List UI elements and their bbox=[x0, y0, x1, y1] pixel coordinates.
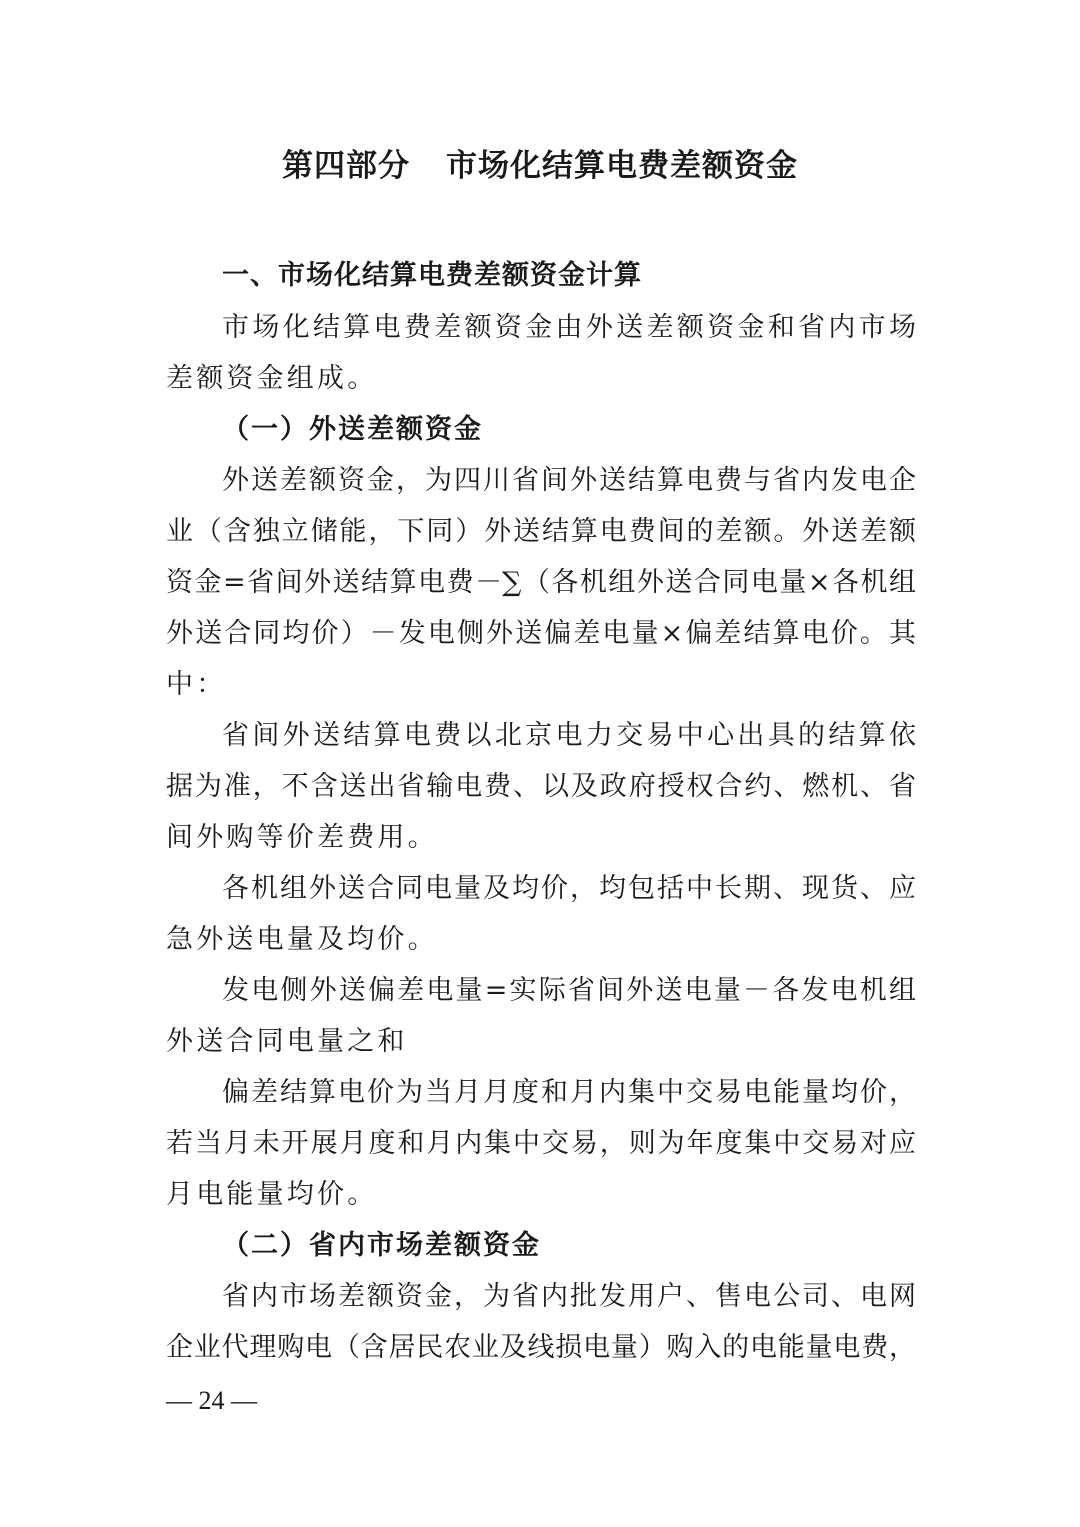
subsection-heading-provincial: （二）省内市场差额资金 bbox=[222, 1228, 916, 1264]
part-title-text: 市场化结算电费差额资金 bbox=[446, 148, 798, 184]
export-def-line-4: 外送合同均价）－发电侧外送偏差电量×偏差结算电价。其 bbox=[166, 616, 916, 652]
part-label: 第四部分 bbox=[282, 148, 410, 184]
deviation-price-line-2: 若当月未开展月度和月内集中交易，则为年度集中交易对应 bbox=[166, 1126, 916, 1162]
interprovincial-line-3: 间外购等价差费用。 bbox=[166, 820, 916, 856]
contract-line-1: 各机组外送合同电量及均价，均包括中长期、现货、应 bbox=[222, 871, 916, 907]
export-def-line-5: 中： bbox=[166, 667, 916, 703]
page-number: — 24 — bbox=[166, 1383, 257, 1419]
intro-line-2: 差额资金组成。 bbox=[166, 361, 916, 397]
deviation-qty-line-2: 外送合同电量之和 bbox=[166, 1024, 916, 1060]
part-title: 第四部分市场化结算电费差额资金 bbox=[0, 140, 1080, 185]
subsection-heading-export: （一）外送差额资金 bbox=[222, 412, 916, 448]
section-heading: 一、市场化结算电费差额资金计算 bbox=[222, 258, 916, 294]
export-def-line-1: 外送差额资金，为四川省间外送结算电费与省内发电企 bbox=[222, 463, 916, 499]
interprovincial-line-2: 据为准，不含送出省输电费、以及政府授权合约、燃机、省 bbox=[166, 769, 916, 805]
deviation-price-line-3: 月电能量均价。 bbox=[166, 1177, 916, 1213]
export-def-line-2: 业（含独立储能，下同）外送结算电费间的差额。外送差额 bbox=[166, 514, 916, 550]
provincial-def-line-1: 省内市场差额资金，为省内批发用户、售电公司、电网 bbox=[222, 1279, 916, 1315]
contract-line-2: 急外送电量及均价。 bbox=[166, 922, 916, 958]
export-def-line-3: 资金=省间外送结算电费－∑（各机组外送合同电量×各机组 bbox=[166, 565, 916, 601]
provincial-def-line-2: 企业代理购电（含居民农业及线损电量）购入的电能量电费， bbox=[166, 1330, 916, 1366]
deviation-price-line-1: 偏差结算电价为当月月度和月内集中交易电能量均价， bbox=[222, 1075, 916, 1111]
intro-line-1: 市场化结算电费差额资金由外送差额资金和省内市场 bbox=[222, 310, 916, 346]
deviation-qty-line-1: 发电侧外送偏差电量=实际省间外送电量－各发电机组 bbox=[222, 973, 916, 1009]
interprovincial-line-1: 省间外送结算电费以北京电力交易中心出具的结算依 bbox=[222, 718, 916, 754]
